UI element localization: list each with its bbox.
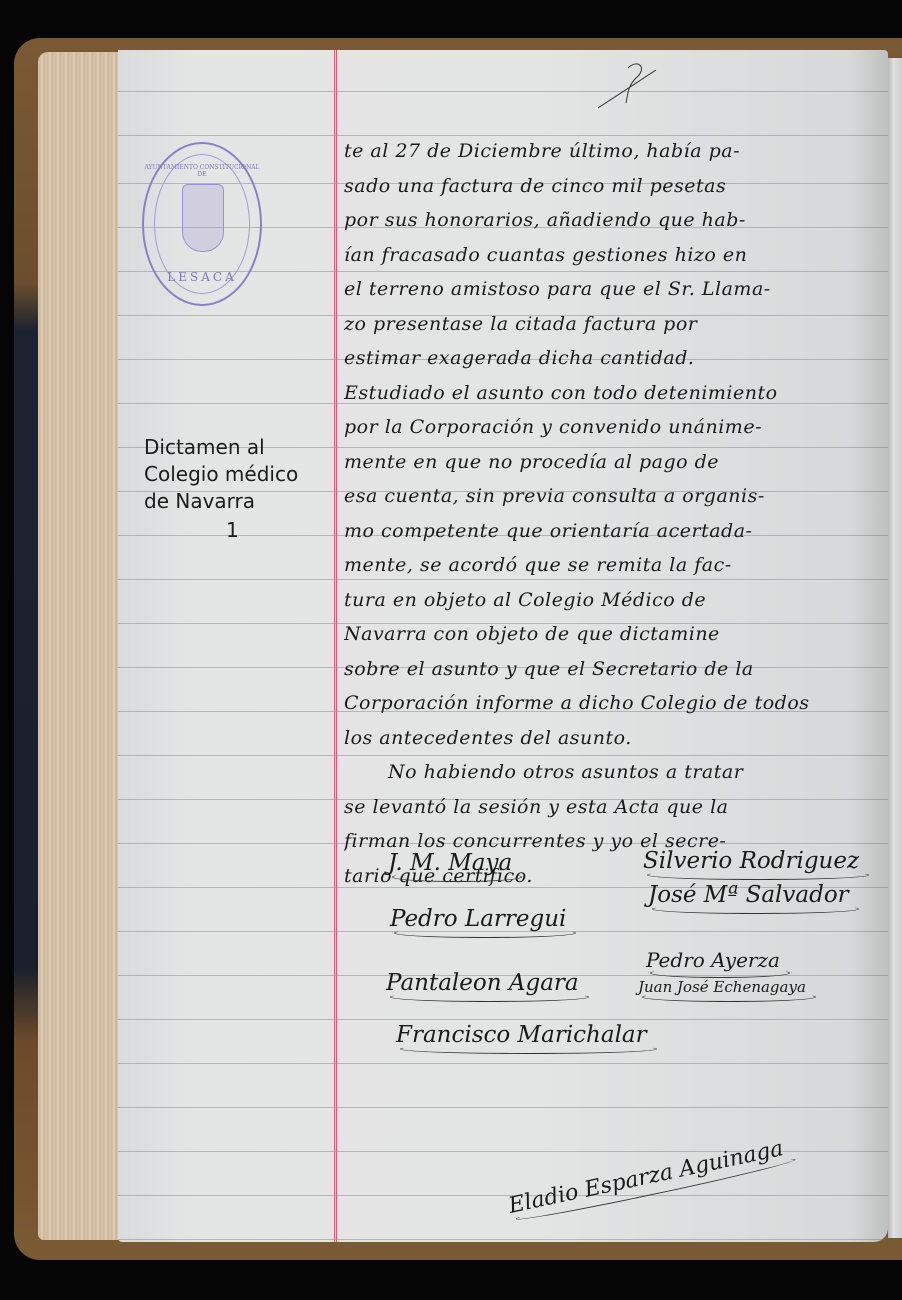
margin-note-line: de Navarra <box>144 488 324 515</box>
text-line: ían fracasado cuantas gestiones hizo en <box>344 238 884 273</box>
text-line: Estudiado el asunto con todo detenimient… <box>344 376 884 411</box>
signature: Pantaleon Agara <box>386 970 579 996</box>
margin-item-number: 1 <box>226 518 239 542</box>
text-line: sobre el asunto y que el Secretario de l… <box>344 652 884 687</box>
red-margin-rule <box>334 50 337 1242</box>
text-line: por sus honorarios, añadiendo que hab- <box>344 203 884 238</box>
text-line: estimar exagerada dicha cantidad. <box>344 341 884 376</box>
text-line: mente en que no procedía al pago de <box>344 445 884 480</box>
margin-note-line: Dictamen al <box>144 434 324 461</box>
signature: Eladio Esparza Aguinaga <box>506 1136 785 1219</box>
coat-of-arms-icon <box>182 184 224 252</box>
signature: Silverio Rodriguez <box>643 848 859 874</box>
signature-block: J. M. Maya Silverio Rodriguez José Mª Sa… <box>378 810 878 1210</box>
margin-note-line: Colegio médico <box>144 461 324 488</box>
signature: Francisco Marichalar <box>396 1022 647 1048</box>
stamp-top-text: AYUNTAMIENTO CONSTITUCIONAL DE <box>144 164 260 178</box>
text-line: el terreno amistoso para que el Sr. Llam… <box>344 272 884 307</box>
signature: José Mª Salvador <box>648 882 849 908</box>
signature: J. M. Maya <box>388 850 512 876</box>
minutes-text: te al 27 de Diciembre último, había pa- … <box>344 134 884 893</box>
text-line: sado una factura de cinco mil pesetas <box>344 169 884 204</box>
text-line: los antecedentes del asunto. <box>344 721 884 756</box>
text-line: te al 27 de Diciembre último, había pa- <box>344 134 884 169</box>
next-page-edge <box>888 58 902 1238</box>
municipal-stamp: AYUNTAMIENTO CONSTITUCIONAL DE LESACA <box>142 142 262 306</box>
document-page: AYUNTAMIENTO CONSTITUCIONAL DE LESACA Di… <box>118 50 888 1242</box>
text-line: tura en objeto al Colegio Médico de <box>344 583 884 618</box>
stamp-town-name: LESACA <box>144 270 260 284</box>
text-line: por la Corporación y convenido unánime- <box>344 410 884 445</box>
text-line: Corporación informe a dicho Colegio de t… <box>344 686 884 721</box>
signature: Pedro Ayerza <box>646 948 780 972</box>
text-line: mente, se acordó que se remita la fac- <box>344 548 884 583</box>
signature: Juan José Echenagaya <box>638 978 806 996</box>
text-line: No habiendo otros asuntos a tratar <box>344 755 884 790</box>
signature: Pedro Larregui <box>390 906 566 932</box>
text-line: esa cuenta, sin previa consulta a organi… <box>344 479 884 514</box>
ledger-book: AYUNTAMIENTO CONSTITUCIONAL DE LESACA Di… <box>14 38 902 1260</box>
margin-annotation: Dictamen al Colegio médico de Navarra <box>144 434 324 515</box>
page-edges <box>38 52 124 1240</box>
text-line: zo presentase la citada factura por <box>344 307 884 342</box>
pen-flourish-icon <box>598 58 658 118</box>
text-line: mo competente que orientaría acertada- <box>344 514 884 549</box>
text-line: Navarra con objeto de que dictamine <box>344 617 884 652</box>
